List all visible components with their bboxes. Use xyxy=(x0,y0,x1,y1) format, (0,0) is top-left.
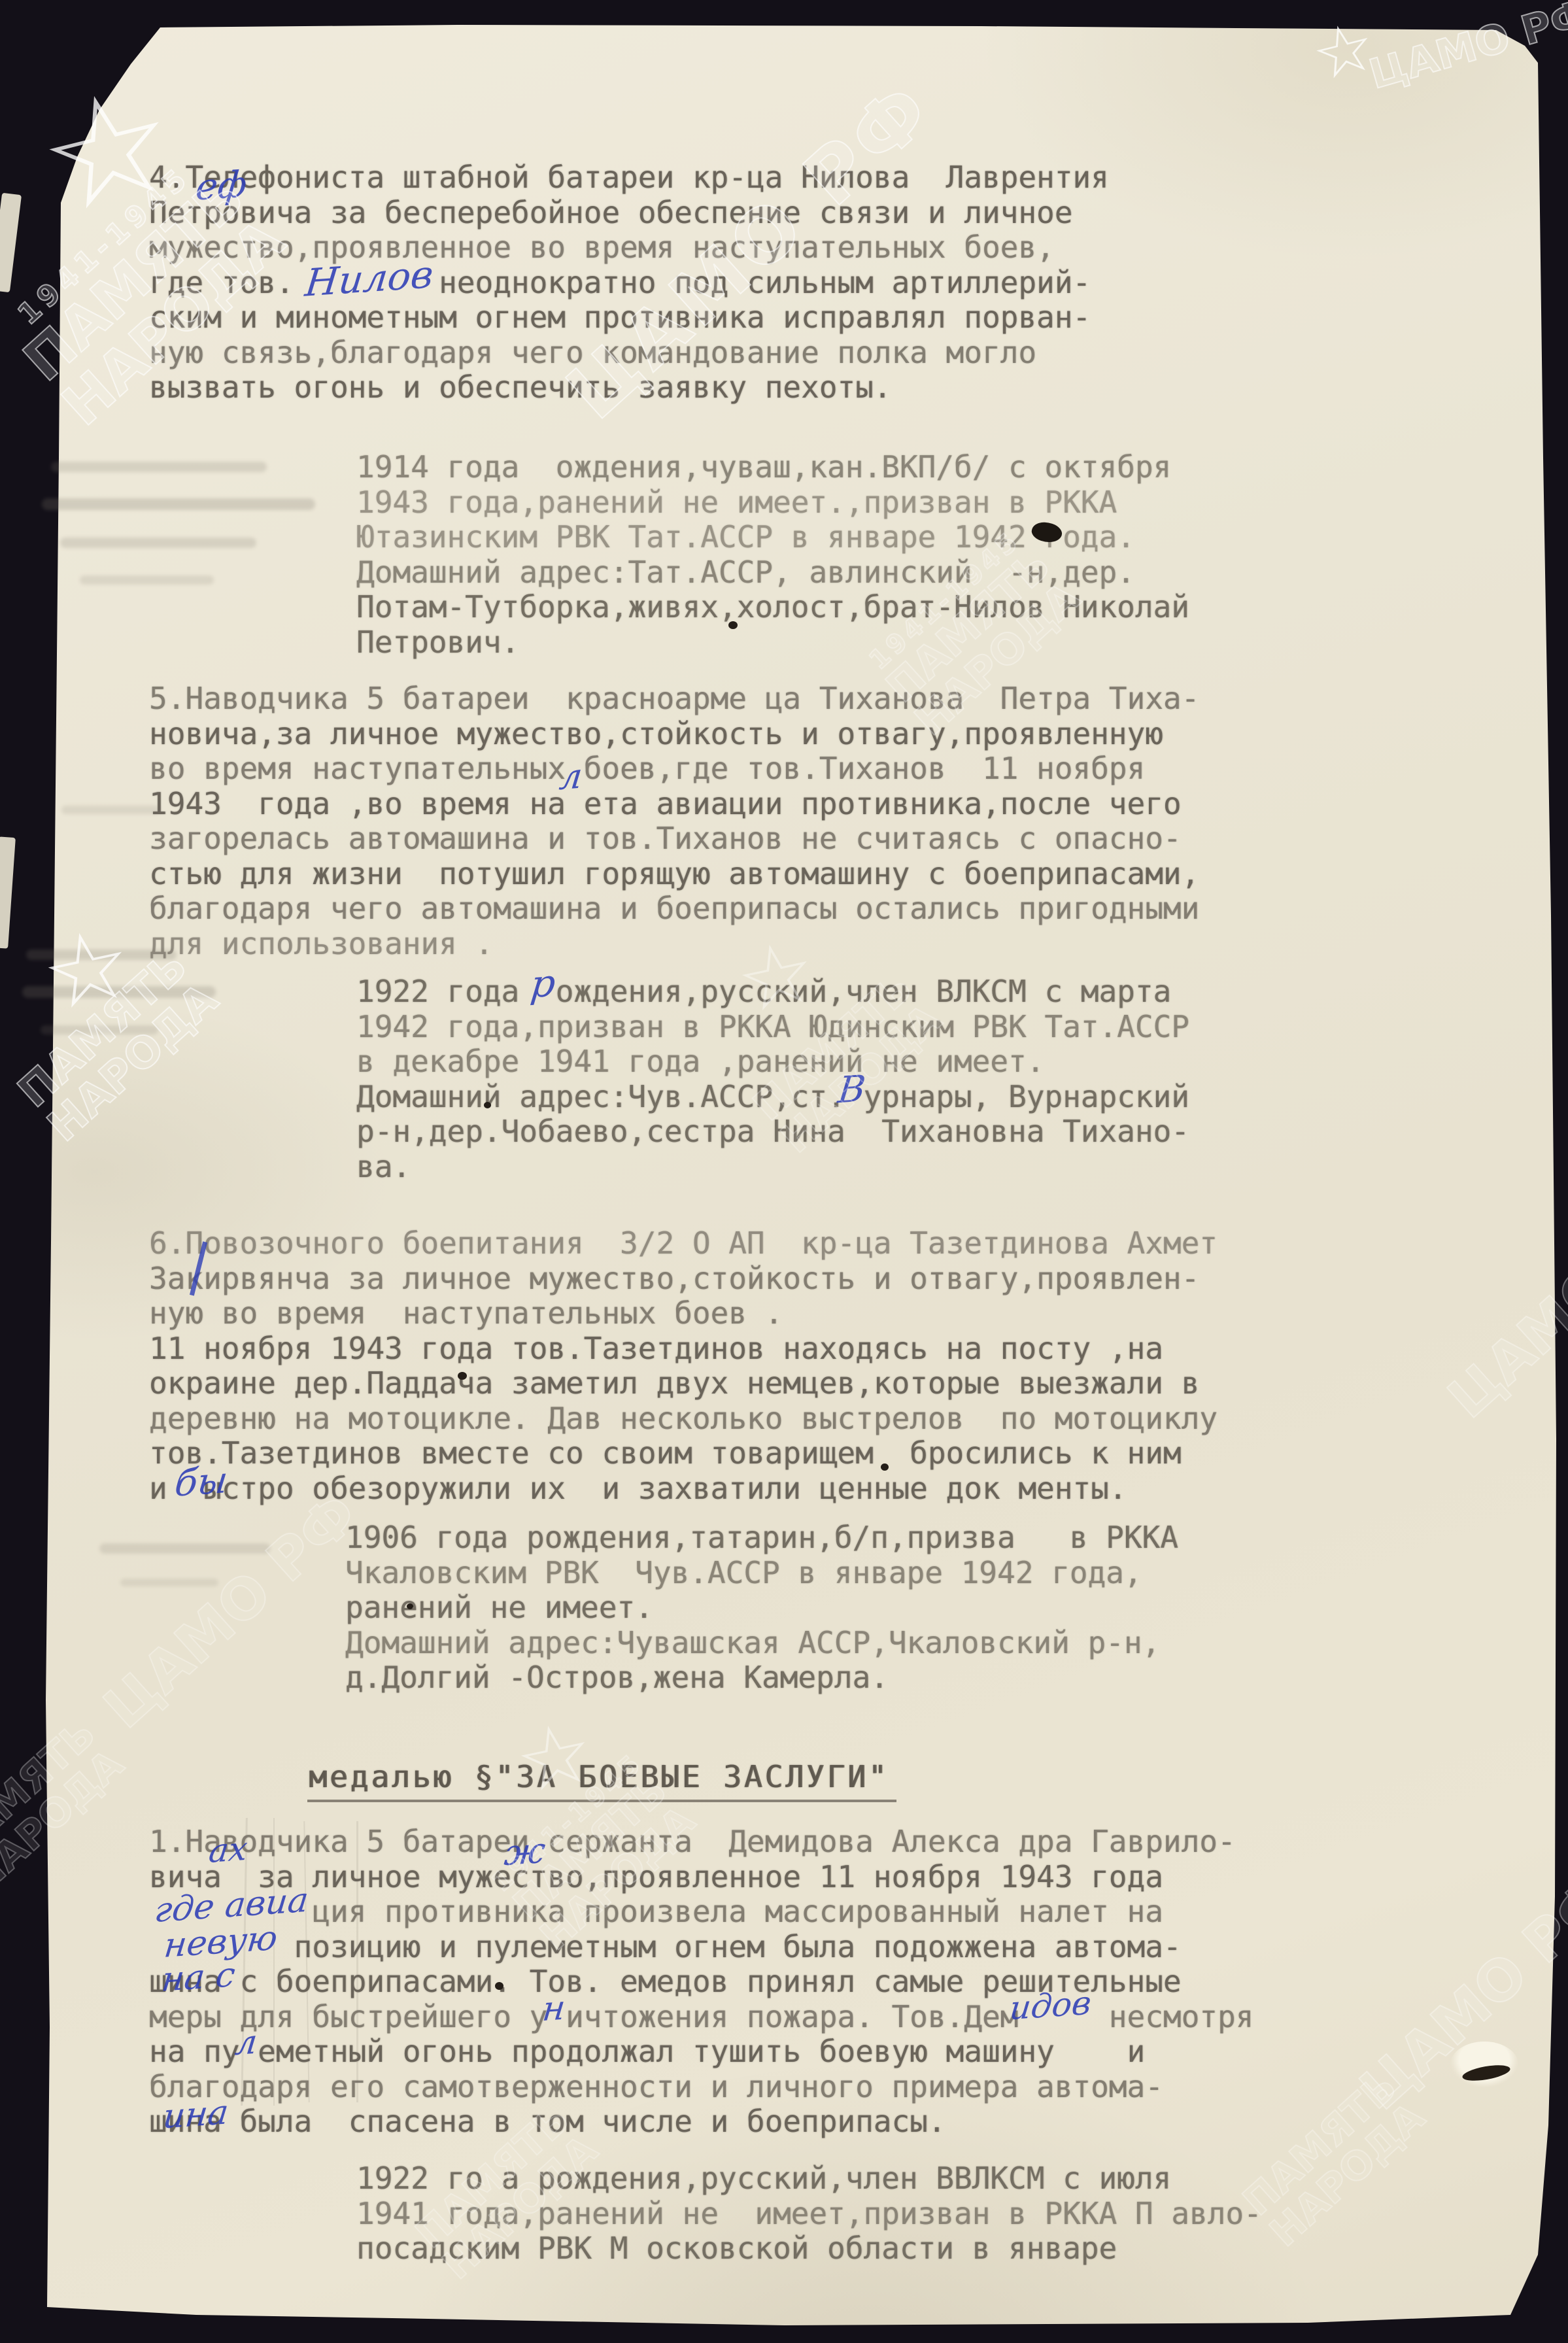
handwritten-correction: л xyxy=(233,2023,260,2063)
typed-line: благодаря его самотверженности и личного… xyxy=(149,2070,1253,2105)
torn-paper-fragment xyxy=(0,836,16,948)
typed-line: на пу еметный огонь продолжал тушить бое… xyxy=(149,2034,1253,2070)
typed-line: новича,за личное мужество,стойкость и от… xyxy=(149,717,1199,752)
handwritten-correction: бы xyxy=(173,1459,230,1505)
typed-line: окраине дер.Паддача заметил двух немцев,… xyxy=(149,1366,1218,1401)
typed-line: тов.Тазетдинов вместе со своим товарищем… xyxy=(149,1436,1218,1471)
typed-line: д.Долгий -Остров,жена Камерла. xyxy=(345,1660,1178,1696)
typed-line: Чкаловским РВК Чув.АССР в январе 1942 го… xyxy=(345,1556,1178,1591)
scratch-line xyxy=(356,1821,358,2102)
pencil-smudge xyxy=(120,1579,218,1586)
ink-speck xyxy=(728,621,738,629)
typed-line: благодаря чего автомашина и боеприпасы о… xyxy=(149,891,1199,927)
ink-speck xyxy=(495,1982,503,1990)
typed-line: 1906 года рождения,татарин,б/п,призва в … xyxy=(345,1520,1178,1556)
paragraph-item-1: 1.Наводчика 5 батареи сержанта Демидова … xyxy=(149,1824,1253,2140)
typed-line: стью для жизни потушил горящую автомашин… xyxy=(149,857,1199,892)
typed-line: загорелась автомашина и тов.Тиханов не с… xyxy=(149,821,1199,857)
typed-line: во время наступательных боев,где тов.Тих… xyxy=(149,751,1199,787)
typed-line: где тов. неоднократно под сильным артилл… xyxy=(149,265,1109,301)
typed-line: для использования . xyxy=(149,927,1199,962)
typed-line: 6.Повозочного боепитания 3/2 О АП кр-ца … xyxy=(149,1226,1218,1261)
typed-line: ция противника произвела массированный н… xyxy=(149,1894,1253,1930)
handwritten-correction: ах xyxy=(207,1830,250,1870)
handwritten-correction: ина xyxy=(161,2093,230,2137)
typed-line: позицию и пулеметным огнем была подожжен… xyxy=(149,1930,1253,1965)
typed-line: вича за личное мужество,проявленное 11 н… xyxy=(149,1860,1253,1895)
paragraph-item-6: 6.Повозочного боепитания 3/2 О АП кр-ца … xyxy=(149,1226,1218,1506)
ink-speck xyxy=(458,1372,467,1380)
ink-speck xyxy=(881,1463,889,1471)
ink-speck xyxy=(407,1603,413,1609)
typed-line: 1943 года,ранений не имеет.,призван в РК… xyxy=(356,485,1189,521)
paragraph-item-6-bio: 1906 года рождения,татарин,б/п,призва в … xyxy=(345,1520,1178,1696)
pencil-smudge xyxy=(51,462,267,472)
handwritten-name-nilov: Нилов xyxy=(303,252,435,305)
torn-paper-fragment xyxy=(0,193,22,293)
pencil-smudge xyxy=(99,1543,271,1554)
pencil-smudge xyxy=(80,575,214,585)
handwritten-correction: н xyxy=(541,1989,568,2029)
handwritten-correction: л xyxy=(557,755,584,798)
typed-line: Домашний адрес:Чувашская АССР,Чкаловский… xyxy=(345,1626,1178,1661)
typed-line: 1943 года ,во время на ета авиации проти… xyxy=(149,787,1199,822)
handwritten-correction: идов xyxy=(1008,1984,1093,2027)
typed-line: Закирвянча за личное мужество,стойкость … xyxy=(149,1261,1218,1297)
typed-line: ранений не имеет. xyxy=(345,1590,1178,1626)
pencil-smudge xyxy=(61,806,160,814)
typed-line: 1914 года ождения,чуваш,кан.ВКП/б/ с окт… xyxy=(356,450,1189,485)
typed-line: деревню на мотоцикле. Дав несколько выст… xyxy=(149,1401,1218,1437)
typed-line: 11 ноября 1943 года тов.Тазетдинов наход… xyxy=(149,1331,1218,1367)
pencil-smudge xyxy=(42,498,315,510)
typed-line: ную во время наступательных боев . xyxy=(149,1296,1218,1331)
ink-speck xyxy=(484,1102,491,1108)
handwritten-words: на с xyxy=(160,1955,237,2000)
pencil-smudge xyxy=(60,538,256,548)
scanned-document: 4.Телефониста штабной батареи кр-ца Нило… xyxy=(0,0,1568,2343)
paragraph-item-5: 5.Наводчика 5 батареи красноарме ца Тиха… xyxy=(149,681,1199,961)
handwritten-correction: р xyxy=(528,961,558,1006)
typed-line: 5.Наводчика 5 батареи красноарме ца Тиха… xyxy=(149,681,1199,717)
typed-line: шина была спасена в том числе и боеприпа… xyxy=(149,2104,1253,2140)
scratch-line xyxy=(273,1818,275,2106)
